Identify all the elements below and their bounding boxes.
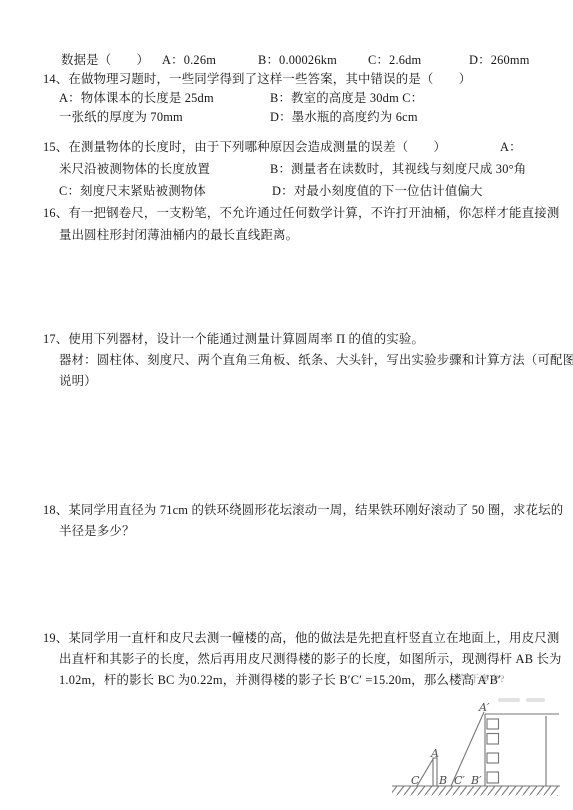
q17-line1: 17、使用下列器材，设计一个能通过测量计算圆周率 Π 的值的实验。 xyxy=(43,332,424,346)
q13-option-a: A：0.26m xyxy=(162,53,216,67)
label-a-prime: A′ xyxy=(478,701,490,714)
label-c: C xyxy=(411,774,420,787)
worksheet-page: 数据是（ ） A：0.26m B：0.00026km C：2.6dm D：260… xyxy=(0,0,573,810)
building-window xyxy=(487,734,499,745)
label-b-prime: B′ xyxy=(470,774,482,787)
building-shadow-figure: A′ A C B C′ B′ xyxy=(390,696,565,801)
q14-option-b: B：教室的高度是 30dm C： xyxy=(270,91,423,105)
building-window xyxy=(487,772,499,783)
q14-option-c-continuation: 一张纸的厚度为 70mm xyxy=(59,110,183,124)
ground-hatching xyxy=(392,787,558,796)
q19-faded-tail: 等于多少? xyxy=(460,675,505,686)
q14-stem: 14、在做物理习题时，一些同学得到了这样一些答案，其中错误的是（ ） xyxy=(43,72,471,86)
q18-line2: 半径是多少？ xyxy=(59,524,135,538)
label-b: B xyxy=(438,774,447,787)
q13-option-b: B：0.00026km xyxy=(258,53,337,67)
rod xyxy=(433,758,437,786)
q17-line2: 器材：圆柱体、刻度尺、两个直角三角板、纸条、大头针，写出实验步骤和计算方法（可配… xyxy=(59,353,573,367)
q14-option-a: A：物体课本的长度是 25dm xyxy=(59,91,214,105)
q19-line3: 1.02m，杆的影长 BC 为0.22m，并测得楼的影子长 B′C′ =15.2… xyxy=(59,673,501,687)
q19-line2: 出直杆和其影子的长度，然后再用皮尺测得楼的影子的长度，如图所示，现测得杆 AB … xyxy=(59,652,562,666)
q15-option-a-label: A： xyxy=(500,140,522,154)
label-c-prime: C′ xyxy=(454,774,465,787)
q14-option-d: D：墨水瓶的高度约为 6cm xyxy=(270,110,418,124)
label-a: A xyxy=(430,747,439,760)
q16-line2: 量出圆柱形封闭薄油桶内的最长直线距离。 xyxy=(59,228,298,242)
q17-line3: 说明） xyxy=(59,374,97,388)
building-window xyxy=(487,719,499,729)
q15-option-b: B：测量者在读数时，其视线与刻度尺成 30°角 xyxy=(270,162,526,176)
q15-option-c: C：刻度尺末紧贴被测物体 xyxy=(59,184,206,198)
q15-stem: 15、在测量物体的长度时，由于下列哪种原因会造成测量的误差（ ） xyxy=(43,140,446,154)
q16-line1: 16、有一把钢卷尺，一支粉笔，不允许通过任何数学计算，不许打开油桶，你怎样才能直… xyxy=(43,206,559,220)
q13-option-c: C：2.6dm xyxy=(368,53,421,67)
q19-line1: 19、某同学用一直杆和皮尺去测一幢楼的高，他的做法是先把直杆竖直立在地面上，用皮… xyxy=(43,631,559,645)
building-window xyxy=(487,753,499,763)
q13-answer-blank: 数据是（ ） xyxy=(61,53,149,67)
q18-line1: 18、某同学用直径为 71cm 的铁环绕圆形花坛滚动一周，结果铁环刚好滚动了 5… xyxy=(43,503,563,517)
q13-option-d: D：260mm xyxy=(469,53,530,67)
q15-option-a: 米尺沿被测物体的长度放置 xyxy=(59,162,210,176)
q15-option-d: D：对最小刻度值的下一位估计值偏大 xyxy=(272,184,483,198)
